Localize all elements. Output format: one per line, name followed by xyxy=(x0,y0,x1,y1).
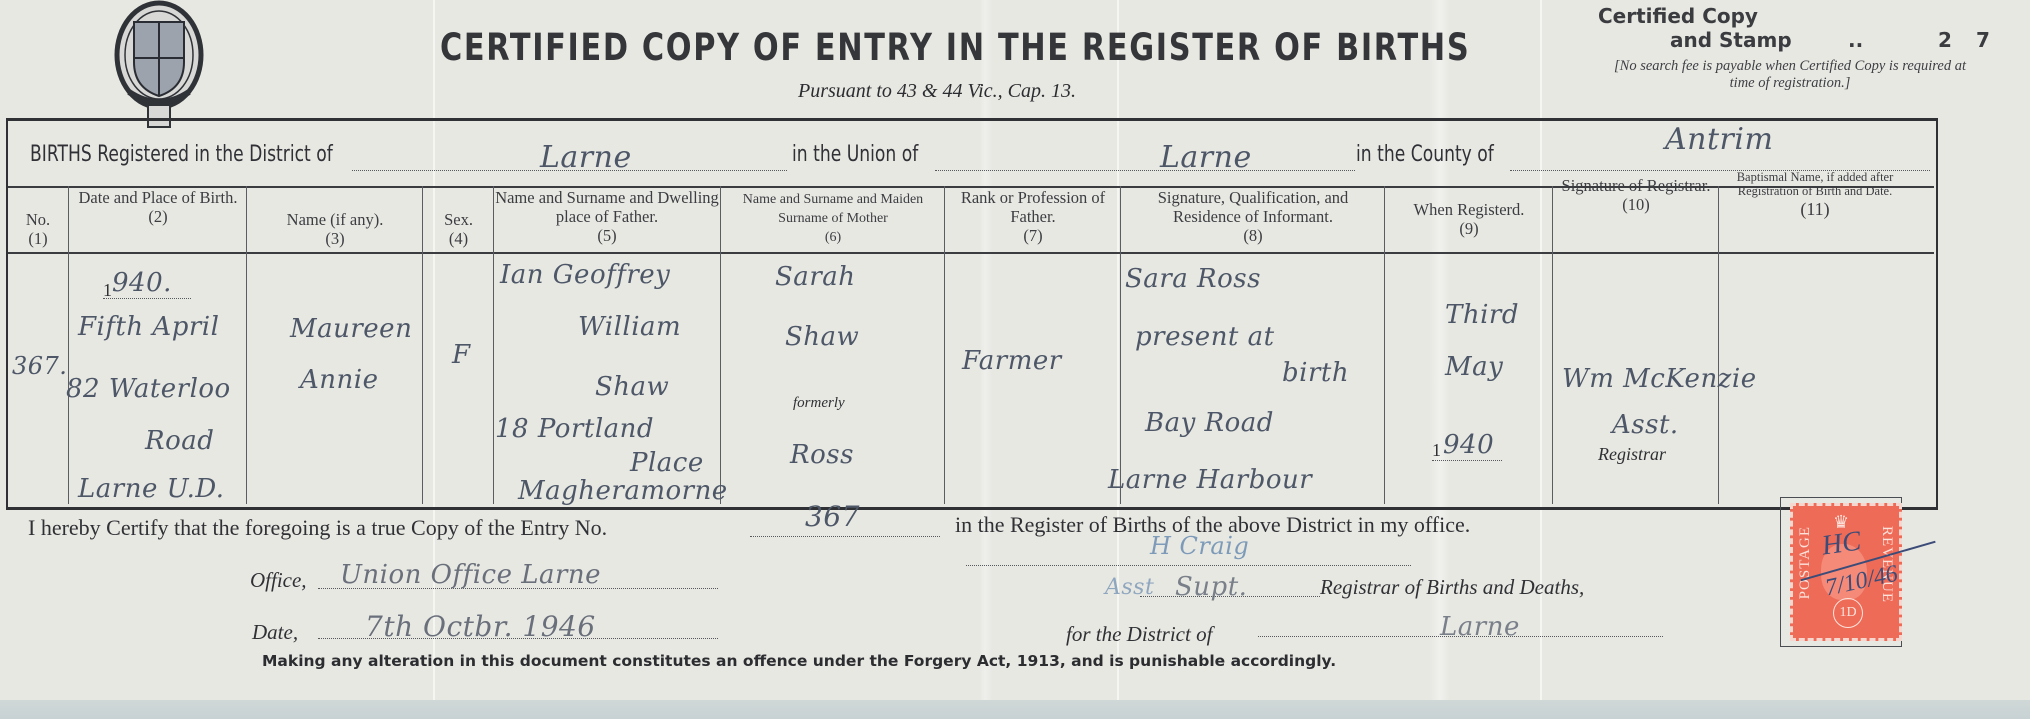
registered-month: May xyxy=(1445,352,1503,382)
birth-year-dotline xyxy=(103,298,191,299)
mother-line-3: Ross xyxy=(790,440,854,470)
col-header-registrar: Signature of Registrar.(10) xyxy=(1554,176,1718,214)
document-subtitle: Pursuant to 43 & 44 Vic., Cap. 13. xyxy=(798,80,1076,103)
office-value: Union Office Larne xyxy=(340,560,601,590)
certifier-qual-2: Supt. xyxy=(1175,572,1247,602)
fee-label-2: and Stamp xyxy=(1670,28,1792,52)
for-district-label: for the District of xyxy=(1066,622,1212,647)
column-divider xyxy=(246,186,247,504)
col-header-father: Name and Surname and Dwelling place of F… xyxy=(494,188,720,245)
father-line-5: Place xyxy=(630,448,704,478)
column-divider xyxy=(944,186,945,504)
signature-dotline xyxy=(966,565,1411,566)
county-label: in the County of xyxy=(1356,142,1494,167)
col-header-date-place: Date and Place of Birth.(2) xyxy=(70,188,246,226)
registered-day: Third xyxy=(1445,300,1519,330)
qual-dotline xyxy=(1140,596,1320,597)
col-header-name: Name (if any).(3) xyxy=(248,210,422,248)
col-header-informant: Signature, Qualification, and Residence … xyxy=(1122,188,1384,245)
certify-text: I hereby Certify that the foregoing is a… xyxy=(28,515,607,541)
informant-line-3: birth xyxy=(1282,358,1349,388)
father-line-6: Magheramorne xyxy=(518,476,728,506)
office-label: Office, xyxy=(250,568,307,593)
informant-line-4: Bay Road xyxy=(1145,408,1274,438)
registrar-signature: Wm McKenzie xyxy=(1562,364,1757,394)
col-header-baptismal: Baptismal Name, if added after Registrat… xyxy=(1720,170,1910,220)
registrar-qualification: Asst. xyxy=(1612,410,1679,440)
union-label: in the Union of xyxy=(792,142,918,167)
forgery-warning: Making any alteration in this document c… xyxy=(262,652,1336,670)
sex-value: F xyxy=(452,340,471,370)
entry-no-dotline xyxy=(750,536,940,537)
column-divider xyxy=(68,186,69,504)
column-divider xyxy=(1552,186,1553,504)
date-value: 7th Octbr. 1946 xyxy=(365,610,596,643)
mother-line-1: Sarah xyxy=(775,262,856,292)
birth-place-line-1: 82 Waterloo xyxy=(66,374,231,404)
birth-date: Fifth April xyxy=(78,312,219,342)
certified-entry-no: 367 xyxy=(805,500,860,533)
column-divider xyxy=(1384,186,1385,504)
child-name-line-1: Maureen xyxy=(290,314,412,344)
birth-place-line-2: Road xyxy=(145,426,214,456)
coat-of-arms-icon xyxy=(104,0,214,130)
document-title: CERTIFIED COPY OF ENTRY IN THE REGISTER … xyxy=(440,26,1326,69)
stamp-value: 1D xyxy=(1833,598,1863,628)
fee-shillings: 2 xyxy=(1938,28,1952,52)
fee-note: [No search fee is payable when Certified… xyxy=(1600,58,1980,92)
registered-year-dotline xyxy=(1432,460,1502,461)
mother-formerly-label: formerly xyxy=(793,395,845,412)
fee-label-1: Certified Copy xyxy=(1598,4,1758,28)
father-line-4: 18 Portland xyxy=(495,414,654,444)
column-divider xyxy=(720,186,721,504)
col-header-sex: Sex.(4) xyxy=(424,210,493,248)
father-profession: Farmer xyxy=(962,346,1062,376)
col-header-mother: Name and Surname and Maiden Surname of M… xyxy=(722,190,944,247)
fee-pence: 7 xyxy=(1976,28,1990,52)
header-bottom-rule xyxy=(8,252,1934,254)
child-name-line-2: Annie xyxy=(300,365,378,395)
registered-year-prefix: 1 xyxy=(1432,440,1441,461)
certifier-signature: H Craig xyxy=(1150,532,1249,560)
father-line-2: William xyxy=(578,312,681,342)
certificate-paper: CERTIFIED COPY OF ENTRY IN THE REGISTER … xyxy=(0,0,2030,700)
birth-place-line-3: Larne U.D. xyxy=(78,474,225,504)
registrar-births-deaths-label: Registrar of Births and Deaths, xyxy=(1320,575,1584,600)
county-value: Antrim xyxy=(1665,122,1773,157)
stamp-cancel-initials: HC xyxy=(1820,525,1863,562)
column-divider xyxy=(422,186,423,504)
registered-year: 940 xyxy=(1443,430,1494,460)
fee-dots: .. xyxy=(1848,28,1863,52)
informant-line-5: Larne Harbour xyxy=(1108,465,1312,495)
birth-year: 940. xyxy=(112,268,172,298)
informant-line-1: Sara Ross xyxy=(1125,264,1261,294)
col-header-profession: Rank or Profession of Father.(7) xyxy=(946,188,1120,245)
column-divider xyxy=(1120,186,1121,504)
entry-number: 367. xyxy=(12,352,67,380)
district-value: Larne xyxy=(540,140,632,175)
father-line-1: Ian Geoffrey xyxy=(500,260,670,290)
informant-line-2: present at xyxy=(1135,322,1275,352)
union-dotline xyxy=(935,170,1355,171)
registrar-printed-label: Registrar xyxy=(1598,444,1666,465)
column-divider xyxy=(1718,186,1719,504)
col-header-no: No.(1) xyxy=(8,210,68,248)
district-label: BIRTHS Registered in the District of xyxy=(30,142,333,167)
mother-line-2: Shaw xyxy=(785,322,859,352)
col-header-when-registered: When Registerd.(9) xyxy=(1386,200,1552,238)
father-line-3: Shaw xyxy=(595,372,669,402)
union-value: Larne xyxy=(1160,140,1252,175)
date-label: Date, xyxy=(252,620,298,645)
for-district-value: Larne xyxy=(1440,612,1520,642)
stamp-postage-text: POSTAGE xyxy=(1797,526,1814,599)
